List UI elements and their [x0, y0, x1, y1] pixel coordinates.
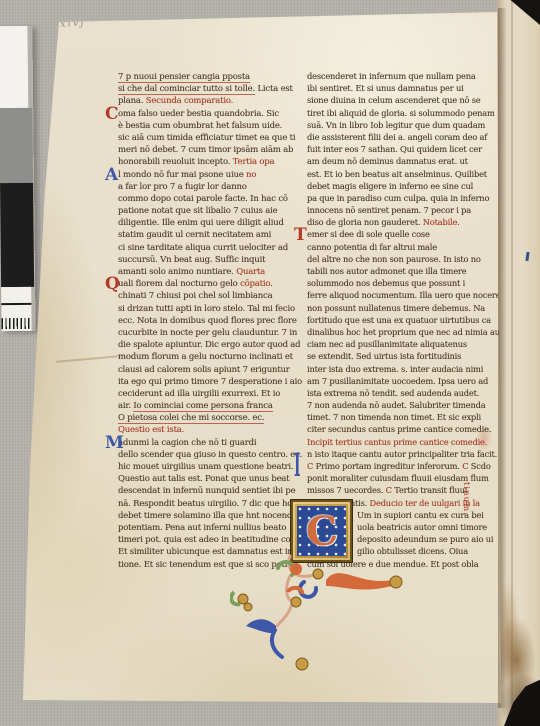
manuscript-line: si drizan tutti apti in loro stelo. Tal … [118, 303, 304, 315]
parchment-crease [56, 355, 120, 363]
ink-text: ceciderunt ad illa uirgilii exurrexi. Et… [118, 389, 280, 399]
ink-text: inter ista duo extrema. s. inter audacia… [307, 364, 483, 374]
rubric-text: Secunda comparatio. [146, 96, 233, 106]
ink-text: sione diuina in celum ascenderet que nō … [307, 95, 481, 105]
ink-text: honorabili reuoluit incepto. [118, 157, 233, 167]
calibration-strip [0, 26, 36, 331]
manuscript-line: ibi sentiret. Et si unus damnatus per ui [307, 82, 477, 94]
rubric-text: C [307, 461, 316, 471]
manuscript-line: ceciderunt ad illa uirgilii exurrexi. Et… [118, 388, 304, 400]
ink-text: O pietosa colei che mi soccorse. ec. [118, 413, 264, 424]
ink-text: adunmi la cagion che nō ti guardi [118, 438, 256, 448]
ink-text: die spalote apiuntur. Dic ergo autor quo… [118, 340, 300, 350]
ink-text: ita ego qui primo timore 7 desperatione … [118, 377, 302, 387]
foliate-flourish-decoration [230, 554, 415, 679]
manuscript-line: ista extrema nō tendit. sed audenda aude… [307, 387, 477, 399]
manuscript-line: air. Io cominciai come persona franca [118, 400, 304, 412]
rubric-text: Quarta [236, 267, 265, 277]
calibration-ruler [1, 287, 31, 331]
ink-text: am 7 pusillanimitate uocoedem. Ipsa uero… [307, 376, 488, 386]
manuscript-line: chinati 7 chiusi poi chel sol limbianca [118, 290, 304, 302]
manuscript-line: pa que in paradiso cum culpa. quia in in… [307, 192, 477, 204]
ink-text: si drizan tutti apti in loro stelo. Tal … [118, 304, 295, 314]
manuscript-line: statim gaudit ul cernit necitatem ami [118, 229, 304, 241]
manuscript-line: cucurbite in nocte per gelu clauduntur. … [118, 327, 304, 339]
ink-text: a far lor pro 7 a fugir lor danno [118, 182, 247, 192]
ink-text: diligentie. Ille enim qui uere diligit a… [118, 218, 284, 228]
manuscript-line: si che dal cominciar tutto si tolle. Lic… [118, 83, 304, 95]
manuscript-line: ecc. Nota in domibus quod flores prec fl… [118, 315, 304, 327]
manuscript-line: succursū. Vn beat aug. Suffic inquit [118, 254, 304, 266]
manuscript-line: amanti solo animo nuntiare. Quarta [118, 266, 304, 278]
ink-text: cucurbite in nocte per gelu clauduntur. … [118, 328, 297, 338]
manuscript-line: se extendit. Sed uirtus ista fortitudini… [307, 350, 477, 362]
ink-text: pa que in paradiso cum culpa. quia in in… [307, 193, 489, 203]
drop-initial-i: I [294, 444, 306, 490]
ink-text: oma falso ueder bestia quandobria. Sic [118, 109, 279, 119]
ink-text: Io cominciai come persona franca [133, 401, 272, 412]
ink-text: debet magis eligere in inferno ee sine c… [307, 181, 473, 191]
manuscript-line: 7 non audenda nō audet. Salubriter timen… [307, 399, 477, 411]
ink-text: descendat in infernū nunquid sentiet ibi… [118, 486, 296, 496]
ink-text: suā. Vn in libro Iob legitur que dum qua… [307, 120, 485, 130]
manuscript-line: missos 7 uecordes. C Tertio transit fluu… [307, 484, 477, 496]
ink-text: est. Et io ben beatus ait anselminus. Qu… [307, 169, 487, 179]
ink-text: se extendit. Sed uirtus ista fortitudini… [307, 351, 461, 361]
manuscript-line: inter ista duo extrema. s. inter audacia… [307, 363, 477, 375]
drop-initial-t: T [294, 225, 306, 245]
ink-text: non possunt nullatenus timere debemus. N… [307, 303, 485, 313]
manuscript-line: modum florum a gelu nocturno inclinati e… [118, 351, 304, 363]
manuscript-line: n isto itaque cantu autor principaliter … [307, 448, 477, 460]
drop-initial-q: Q [105, 274, 117, 294]
ink-text: ci sine tarditate aliqua currit uelocite… [118, 243, 288, 253]
vertical-margin-note: tinum. [461, 482, 471, 516]
drop-initial-c: C [105, 104, 117, 124]
rubric-text: Notabile. [423, 217, 460, 227]
manuscript-line: hic mouet uirgilius unam questione beatr… [118, 461, 304, 473]
manuscript-line: adunmi la cagion che nō ti guardi [118, 437, 304, 449]
manuscript-line: descenderet in infernum que nullam pena [307, 70, 477, 82]
ink-text: die assisterent filii dei a. angeli cora… [307, 132, 487, 142]
ink-text: del altre no che non son paurose. In ist… [307, 254, 481, 264]
ink-text: tiret ibi aliquid de gloria. si solummod… [307, 108, 495, 118]
ink-text: Primo portam ingreditur inferorum. [316, 461, 463, 471]
ink-text: citer secundus cantus prime cantice come… [307, 424, 491, 434]
manuscript-page: xlvj 7 p nuoui pensier cangia ppostasi c… [0, 0, 540, 726]
ink-text: clausi ad calorem solis apiunt 7 erigunt… [118, 365, 290, 375]
manuscript-line: am 7 pusillanimitate uocoedem. Ipsa uero… [307, 375, 477, 387]
ink-text: plana. [118, 96, 146, 106]
ink-text: ferre aliquod nocumentum. Illa uero que … [307, 290, 500, 300]
manuscript-line: canno potentia di far altrui male [307, 241, 477, 253]
ink-text: solummodo nos debemus que possunt i [307, 278, 465, 288]
calibration-patch-white [0, 26, 28, 108]
manuscript-line: non possunt nullatenus timere debemus. N… [307, 302, 477, 314]
ink-text: am deum nō deminus damnatus erat. ut [307, 156, 468, 166]
ink-text: uali fiorem dal nocturno gelo [118, 279, 240, 289]
ink-text: si che dal cominciar tutto si tolle. [118, 84, 255, 95]
manuscript-line: Questio est ista. [118, 424, 304, 436]
ink-text: debet timere solamino illa que hnt nocen… [118, 511, 295, 521]
manuscript-line: emer si dee di sole quelle cose [307, 228, 477, 240]
ink-text: fortitudo que est una ex quatuor uirtuti… [307, 315, 491, 325]
manuscript-line: 7 p nuoui pensier cangia pposta [118, 71, 304, 83]
illuminated-initial-frame: C [291, 500, 352, 562]
manuscript-line: fuit inter eos 7 sathan. Qui quidem lice… [307, 143, 477, 155]
manuscript-line: citer secundus cantus prime cantice come… [307, 423, 477, 435]
ink-text: Questio aut talis est. Ponat que unus be… [118, 474, 290, 484]
manuscript-line: descendat in infernū nunquid sentiet ibi… [118, 485, 304, 497]
rubric-text: C [386, 485, 395, 495]
rubric-text: no [246, 170, 256, 180]
rubric-text: cōpatio. [240, 279, 273, 289]
ink-text: amanti solo animo nuntiare. [118, 267, 236, 277]
ink-text: modum florum a gelu nocturno inclinati e… [118, 352, 293, 362]
ink-text: air. [118, 401, 133, 411]
rubric-text: Incipit tertius cantus prime cantice com… [307, 437, 487, 447]
ink-text: chinati 7 chiusi poi chel sol limbianca [118, 291, 272, 301]
ink-text: uola beatricis autor omni timore [357, 522, 487, 532]
manuscript-line: ci sine tarditate aliqua currit uelocite… [118, 242, 304, 254]
manuscript-line: fortitudo que est una ex quatuor uirtuti… [307, 314, 477, 326]
ink-text: dinalibus hoc het proprium que nec ad ni… [307, 327, 510, 337]
manuscript-line: debet timere solamino illa que hnt nocen… [118, 510, 304, 522]
ink-text: patione notat que sit libalio 7 cuius ai… [118, 206, 277, 216]
drop-initial-a: A [105, 165, 117, 185]
manuscript-line: die assisterent filii dei a. angeli cora… [307, 131, 477, 143]
manuscript-line: patione notat que sit libalio 7 cuius ai… [118, 205, 304, 217]
manuscript-line: meri nō debet. 7 cum timor ipsām aiām ab [118, 144, 304, 156]
illuminated-initial-letter: C [304, 506, 339, 555]
ink-text: è bestia cum obumbrat het falsum uide. [118, 121, 282, 131]
manuscript-photo-scene: xlvj 7 p nuoui pensier cangia ppostasi c… [0, 0, 540, 726]
page-edge-shadow [498, 8, 507, 708]
ink-text: potentiam. Pena aut inferni nullius beat… [118, 523, 286, 533]
ink-text: diso de gloria non gauderet. [307, 217, 423, 227]
ink-text: innocens nō sentiret penam. 7 pecor i pa [307, 205, 471, 215]
pencil-inscription: xlvj [60, 17, 86, 30]
manuscript-line: tiret ibi aliquid de gloria. si solummod… [307, 107, 477, 119]
ink-text: canno potentia di far altrui male [307, 242, 437, 252]
manuscript-line: debet magis eligere in inferno ee sine c… [307, 180, 477, 192]
manuscript-line: est. Et io ben beatus ait anselminus. Qu… [307, 168, 477, 180]
manuscript-line: honorabili reuoluit incepto. Tertia opa [118, 156, 304, 168]
text-column-right: C descenderet in infernum que nullam pen… [307, 70, 477, 570]
manuscript-line: timet. 7 non timenda non timet. Et sic e… [307, 411, 477, 423]
ink-text: statim gaudit ul cernit necitatem ami [118, 230, 271, 240]
ink-text: ecc. Nota in domibus quod flores prec fl… [118, 316, 297, 326]
manuscript-line: am deum nō deminus damnatus erat. ut [307, 155, 477, 167]
manuscript-line: oma falso ueder bestia quandobria. Sic [118, 108, 304, 120]
ink-text: ciam nec ad pusillanimitate aliquatenus [307, 339, 467, 349]
manuscript-line: C Primo portam ingreditur inferorum. C S… [307, 460, 477, 472]
manuscript-line: commo dopo cotai parole facte. In hac cō [118, 193, 304, 205]
manuscript-line: plana. Secunda comparatio. [118, 95, 304, 107]
ink-text: descenderet in infernum que nullam pena [307, 71, 476, 81]
ink-text: fuit inter eos 7 sathan. Qui quidem lice… [307, 144, 482, 154]
manuscript-line: sic aiā cum timida efficiatur timet ea q… [118, 132, 304, 144]
ink-text: deposito adeundum se puro aio ui [357, 534, 493, 544]
ink-text: missos 7 uecordes. [307, 485, 386, 495]
ink-text: n isto itaque cantu autor principaliter … [307, 449, 497, 459]
ink-text: 7 non audenda nō audet. Salubriter timen… [307, 400, 485, 410]
manuscript-line: ferre aliquod nocumentum. Illa uero que … [307, 289, 477, 301]
manuscript-line: ciam nec ad pusillanimitate aliquatenus [307, 338, 477, 350]
manuscript-line: nā. Respondit beatus uirgilio. 7 dic que… [118, 498, 304, 510]
ink-text: Tertio transit fluui [394, 485, 467, 495]
ruler-ticks [1, 318, 31, 329]
illuminated-initial-ground: C [297, 506, 346, 556]
manuscript-line: die spalote apiuntur. Dic ergo autor quo… [118, 339, 304, 351]
calibration-patch-black [0, 183, 34, 287]
ink-text: dello scender qua giuso in questo centro… [118, 450, 302, 460]
ink-text: hic mouet uirgilius unam questione beatr… [118, 462, 293, 472]
manuscript-line: dello scender qua giuso in questo centro… [118, 449, 304, 461]
manuscript-line: l mondo nō fur mai psone uiue no [118, 169, 304, 181]
manuscript-line: sione diuina in celum ascenderet que nō … [307, 94, 477, 106]
rubric-text: C [462, 461, 471, 471]
manuscript-line: è bestia cum obumbrat het falsum uide. [118, 120, 304, 132]
ink-text: emer si dee di sole quelle cose [307, 229, 430, 239]
ink-text: Licta est [255, 84, 293, 94]
ink-text: succursū. Vn beat aug. Suffic inquit [118, 255, 265, 265]
manuscript-line: dinalibus hoc het proprium que nec ad ni… [307, 326, 477, 338]
manuscript-line: innocens nō sentiret penam. 7 pecor i pa [307, 204, 477, 216]
manuscript-line: Questio aut talis est. Ponat que unus be… [118, 473, 304, 485]
manuscript-line: O pietosa colei che mi soccorse. ec. [118, 412, 304, 424]
text-column-left: 7 p nuoui pensier cangia ppostasi che da… [118, 71, 304, 571]
manuscript-line: diligentie. Ille enim qui uere diligit a… [118, 217, 304, 229]
ink-text: l mondo nō fur mai psone uiue [118, 170, 246, 180]
ink-text: nā. Respondit beatus uirgilio. 7 dic que… [118, 499, 292, 509]
manuscript-line: solummodo nos debemus que possunt i [307, 277, 477, 289]
ink-text: commo dopo cotai parole facte. In hac cō [118, 194, 288, 204]
drop-initial-m: M [105, 433, 117, 453]
calibration-patch-gray [0, 108, 33, 183]
ink-text: 7 p nuoui pensier cangia pposta [118, 72, 250, 83]
ruler-line [1, 303, 31, 305]
rubric-text: Questio est ista. [118, 425, 184, 435]
manuscript-line: a far lor pro 7 a fugir lor danno [118, 181, 304, 193]
ink-text: ibi sentiret. Et si unus damnatus per ui [307, 83, 464, 93]
rubric-text: Tertia opa [233, 157, 275, 167]
manuscript-line: tabili nos autor admonet que illa timere [307, 265, 477, 277]
manuscript-line: del altre no che non son paurose. In ist… [307, 253, 477, 265]
manuscript-line: timeri pot. quia est adeo in beatitudine… [118, 534, 304, 546]
ink-text: ista extrema nō tendit. sed audenda aude… [307, 388, 479, 398]
manuscript-line: uali fiorem dal nocturno gelo cōpatio. [118, 278, 304, 290]
manuscript-line: ponit moraliter cuiusdam fluuii eiusdam … [307, 472, 477, 484]
ink-text: sic aiā cum timida efficiatur timet ea q… [118, 133, 295, 143]
ink-text: tabili nos autor admonet que illa timere [307, 266, 466, 276]
manuscript-line: clausi ad calorem solis apiunt 7 erigunt… [118, 364, 304, 376]
ink-text: timet. 7 non timenda non timet. Et sic e… [307, 412, 481, 422]
ink-text: Scdo [471, 461, 491, 471]
manuscript-line: potentiam. Pena aut inferni nullius beat… [118, 522, 304, 534]
manuscript-line: ita ego qui primo timore 7 desperatione … [118, 376, 304, 388]
manuscript-line: Incipit tertius cantus prime cantice com… [307, 436, 477, 448]
manuscript-line: diso de gloria non gauderet. Notabile. [307, 216, 477, 228]
ink-text: meri nō debet. 7 cum timor ipsām aiām ab [118, 145, 293, 155]
manuscript-line: suā. Vn in libro Iob legitur que dum qua… [307, 119, 477, 131]
